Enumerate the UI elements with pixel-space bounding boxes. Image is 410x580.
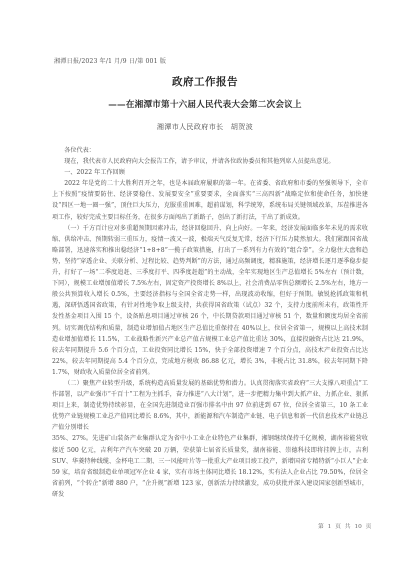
document-page: 湘潭日报/2023 年/1 月/9 日/第 001 版 政府工作报告 ——在湘潭… bbox=[0, 0, 410, 580]
salutation: 各位代表： bbox=[52, 145, 368, 156]
report-body: 各位代表： 现在，我代表市人民政府向大会报告工作，请予审议，并请各位政协委员和其… bbox=[52, 145, 368, 500]
page-number: 第 1 页 共 10 页 bbox=[318, 521, 371, 530]
report-title: 政府工作报告 bbox=[0, 74, 410, 89]
section-heading: 一、2022 年工作回顾 bbox=[52, 167, 368, 178]
body-paragraph: 35%、27%。先进矿山装备产业集群认定为省中小工业企业特色产业集群，湘钢继续保… bbox=[52, 433, 368, 500]
newspaper-source-line: 湘潭日报/2023 年/1 月/9 日/第 001 版 bbox=[54, 56, 166, 65]
report-author: 湘潭市人民政府市长 胡贺波 bbox=[0, 122, 410, 132]
body-paragraph: （一）千方百计应对多重超预期因素冲击，经济回稳回升、向上向好。一年来，经济发展面… bbox=[52, 223, 368, 378]
opening-paragraph: 现在，我代表市人民政府向大会报告工作，请予审议，并请各位政协委员和其他列席人员提… bbox=[52, 156, 368, 167]
body-paragraph: （二）聚焦产业转型升级，系统构造高质量发展的基础优势和潜力。认真贯彻落实省政府“… bbox=[52, 378, 368, 433]
body-paragraph: 2022 年是党的二十大胜利召开之年，也是本届政府履职的第一年。在省委、省政府和… bbox=[52, 178, 368, 222]
report-subtitle: ——在湘潭市第十六届人民代表大会第二次会议上 bbox=[0, 98, 410, 110]
